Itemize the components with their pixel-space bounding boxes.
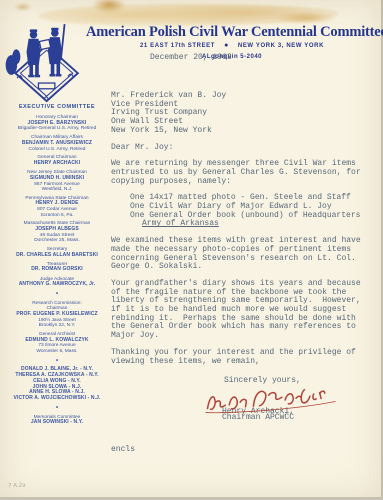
address-street: 21 EAST 17th STREET: [140, 43, 215, 49]
dot-separator-icon: ●: [224, 43, 229, 49]
committee-section: TreasurerDR. ROMAN GORSKI: [5, 262, 109, 273]
bullet-separator-icon: •: [5, 358, 109, 364]
signer-title: Chairman APCWCC: [222, 414, 379, 423]
committee-section: •: [5, 291, 109, 297]
committee-section: •: [5, 405, 109, 411]
committee-section: Chairman Military AffairsBENJAMIN T. ANU…: [5, 135, 109, 152]
signature-scribble: [201, 386, 379, 411]
committee-line: ANTHONY G. NAWROCZYK, Jr.: [5, 282, 109, 288]
committee-line: JAN SOWINSKI - N.Y.: [5, 420, 109, 426]
committee-section: General ArchivistEDMUND L. KOWALCZYK73 I…: [5, 332, 109, 354]
date-line: December 20, 1963: [150, 54, 232, 63]
org-name: American Polish Civil War Centennial Com…: [86, 24, 378, 40]
recipient-address: Mr. Frederick van B. Joy Vice President …: [111, 92, 379, 136]
committee-section: Honorary ChairmanJOSEPH E. BARZYNSKIBrig…: [5, 115, 109, 132]
committee-section: Judge AdvocateANTHONY G. NAWROCZYK, Jr.: [5, 277, 109, 288]
salutation: Dear Mr. Joy:: [111, 144, 379, 153]
committee-section: New Jersey State ChairmanSIGMUND H. UMIN…: [5, 170, 109, 192]
paragraph-2: We examined these items with great inter…: [111, 237, 379, 272]
soldiers-emblem-icon: [4, 22, 86, 113]
committee-section: DONALD J. BLAINE, Jr. - N.Y.THERESA A. C…: [5, 367, 109, 402]
committee-section: •: [5, 358, 109, 364]
executive-committee-list: Honorary ChairmanJOSEPH E. BARZYNSKIBrig…: [5, 115, 109, 426]
committee-line: HENRY ARCHACKI: [5, 161, 109, 167]
committee-line: Colonel U.S. Army, Retired: [5, 147, 109, 152]
enclosures-note: encls: [111, 446, 379, 455]
committee-line: PROF. EUGENE P. KUSIELEWICZ: [5, 312, 109, 318]
committee-section: SecretaryDR. CHARLES ALLAN BARETSKI: [5, 247, 109, 258]
committee-line: Worcester 5, Mass.: [5, 349, 109, 354]
org-phone: ALgonquin 5-2040: [86, 54, 378, 60]
executive-committee-sidebar: EXECUTIVE COMMITTEE Honorary ChairmanJOS…: [5, 104, 109, 430]
committee-section: Research Commission:ChairmanPROF. EUGENE…: [5, 301, 109, 329]
committee-line: Dorchester 25, Mass.: [5, 238, 109, 243]
committee-line: Brigadier-General U.S. Army, Retired: [5, 126, 109, 131]
letterhead: American Polish Civil War Centennial Com…: [86, 24, 378, 60]
committee-heading: EXECUTIVE COMMITTEE: [5, 104, 109, 110]
committee-line: Westfield, N.J.: [5, 187, 109, 192]
bullet-separator-icon: •: [5, 405, 109, 411]
paragraph-4: Thanking you for your interest and the p…: [111, 349, 379, 366]
items-list: One 14x17 matted photo - Gen. Steele and…: [130, 194, 379, 220]
bullet-separator-icon: •: [5, 291, 109, 297]
committee-line: VICTOR A. WOJCIECHOWSKI - N.J.: [5, 396, 109, 402]
committee-section: Massachusetts State ChairmanJOSEPH ALBEG…: [5, 221, 109, 243]
letter-body: Mr. Frederick van B. Joy Vice President …: [111, 92, 379, 455]
tape-stain: [12, 2, 34, 12]
committee-section: General ChairmanHENRY ARCHACKI: [5, 155, 109, 166]
committee-section: Pennsylvania State ChairmanHENRY J. DEND…: [5, 196, 109, 218]
org-address: 21 EAST 17th STREET ● NEW YORK 3, NEW YO…: [86, 43, 378, 49]
paragraph-3: Your grandfather's diary shows its years…: [111, 280, 379, 341]
address-city: NEW YORK 3, NEW YORK: [238, 43, 324, 49]
committee-line: DR. ROMAN GORSKI: [5, 267, 109, 273]
committee-line: DR. CHARLES ALLAN BARETSKI: [5, 253, 109, 259]
items-underlined: Army of Arkansas: [142, 220, 379, 229]
tape-stain: [92, 0, 126, 13]
pencil-annotation: 7 A.2a: [8, 483, 26, 490]
committee-section: Memorials CommitteeJAN SOWINSKI - N.Y.: [5, 415, 109, 426]
paragraph-1: We are returning by messenger three Civi…: [111, 160, 379, 186]
committee-line: Brooklyn 22, N.Y.: [5, 323, 109, 328]
committee-line: Scranton 5, Pa.: [5, 213, 109, 218]
scanned-letter-page: American Polish Civil War Centennial Com…: [0, 0, 383, 500]
